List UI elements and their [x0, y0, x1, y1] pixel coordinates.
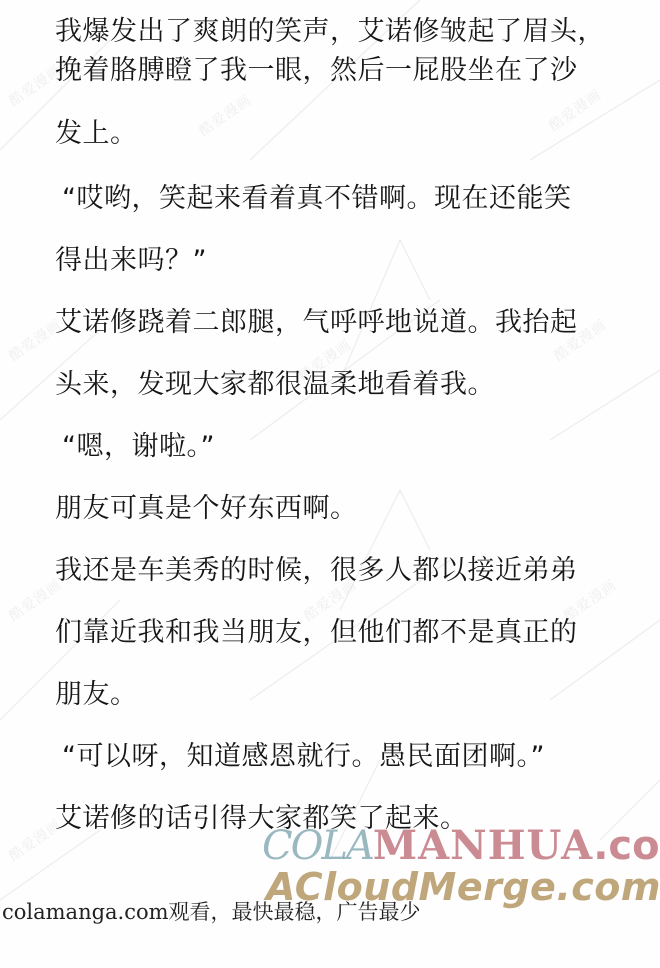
text-line: 朋友可真是个好东西啊。	[55, 493, 358, 525]
text-line: 发上。	[55, 118, 138, 150]
footer-promo-text: colamanga.com观看，最快最稳，广告最少	[2, 897, 421, 927]
background-watermark: 酷爱漫画	[545, 85, 606, 136]
dialogue-line: 得出来吗？”	[55, 245, 207, 277]
text-line: 我爆发出了爽朗的笑声，艾诺修皱起了眉头，	[55, 16, 605, 48]
logo-cola-text: COLA	[262, 823, 373, 869]
dialogue-line: “嗯，谢啦。”	[62, 431, 215, 463]
dialogue-line: “可以呀，知道感恩就行。愚民面团啊。”	[62, 741, 545, 773]
text-line: 艾诺修跷着二郎腿，气呼呼地说道。我抬起	[55, 307, 578, 339]
background-watermark: 酷爱漫画	[195, 90, 256, 141]
colamanhua-watermark-logo: COLAMANHUA.com	[262, 822, 660, 870]
text-line: 我还是车美秀的时候，很多人都以接近弟弟	[55, 555, 578, 587]
text-line: 挽着胳膊瞪了我一眼，然后一屁股坐在了沙	[55, 55, 578, 87]
comic-text-page: 酷爱漫画 酷爱漫画 酷爱漫画 酷爱漫画 酷爱漫画 酷爱漫画 酷爱漫画 酷爱漫画 …	[0, 0, 660, 968]
dialogue-line: “哎哟，笑起来看着真不错啊。现在还能笑	[62, 183, 572, 215]
logo-domain-suffix: .com	[593, 823, 660, 869]
text-line: 朋友。	[55, 679, 138, 711]
text-line: 头来，发现大家都很温柔地看着我。	[55, 369, 495, 401]
text-line: 们靠近我和我当朋友，但他们都不是真正的	[55, 617, 578, 649]
logo-manhua-text: MANHUA	[373, 822, 593, 869]
